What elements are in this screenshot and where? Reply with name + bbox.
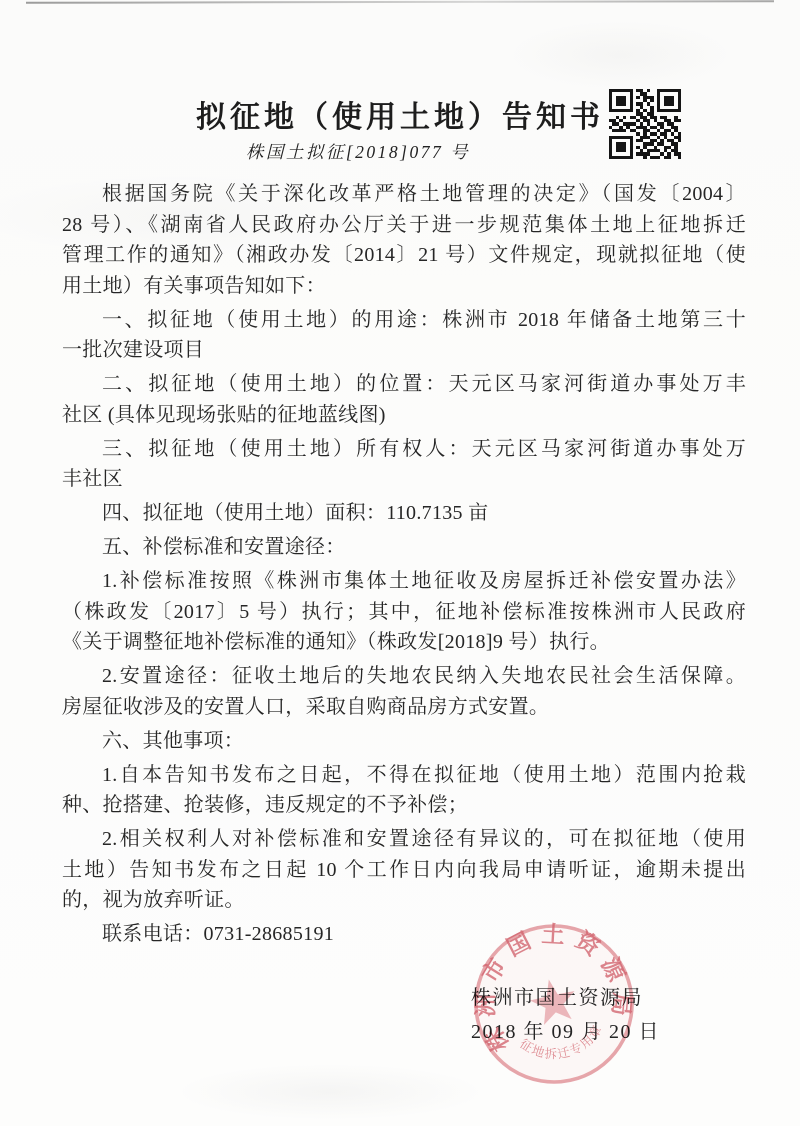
body-line: 六、其他事项： xyxy=(62,726,746,757)
signature-agency: 株洲市国土资源局 xyxy=(471,981,660,1015)
signature-date: 2018 年 09 月 20 日 xyxy=(471,1015,660,1049)
body-line: 社区 (具体见现场张贴的征地蓝线图) xyxy=(62,400,746,431)
body-line: 房屋征收涉及的安置人口，采取自购商品房方式安置。 xyxy=(62,692,746,723)
body-line: 的，视为放弃听证。 xyxy=(62,885,746,916)
body-line: 四、拟征地（使用土地）面积：110.7135 亩 xyxy=(62,498,746,529)
body-text: 根据国务院《关于深化改革严格土地管理的决定》（国发〔2004〕28 号）、《湖南… xyxy=(62,179,746,950)
body-line: 根据国务院《关于深化改革严格土地管理的决定》（国发〔2004〕 xyxy=(62,179,746,210)
scanned-notice-page: 拟征地（使用土地）告知书 株国土拟征[2018]077 号 根据国务院《关于深化… xyxy=(0,0,800,1126)
body-line: 1.自本告知书发布之日起，不得在拟征地（使用土地）范围内抢栽 xyxy=(62,760,746,791)
body-line: 《关于调整征地补偿标准的通知》（株政发[2018]9 号）执行。 xyxy=(62,627,746,658)
body-line: 28 号）、《湖南省人民政府办公厅关于进一步规范集体土地上征地拆迁 xyxy=(62,210,746,241)
body-line: 1.补偿标准按照《株洲市集体土地征收及房屋拆迁补偿安置办法》 xyxy=(62,566,746,597)
body-line: 2.安置途径：征收土地后的失地农民纳入失地农民社会生活保障。 xyxy=(62,661,746,692)
body-line: 一批次建设项目 xyxy=(62,335,746,366)
scan-artifact-top-line xyxy=(26,0,774,4)
body-line: 联系电话：0731-28685191 xyxy=(62,919,746,950)
body-line: 种、抢搭建、抢装修，违反规定的不予补偿； xyxy=(62,790,746,821)
body-line: 丰社区 xyxy=(62,464,746,495)
body-line: 用土地）有关事项告知如下： xyxy=(62,271,746,302)
body-line: 五、补偿标准和安置途径： xyxy=(62,532,746,563)
signature-block: 株洲市国土资源局 2018 年 09 月 20 日 xyxy=(471,981,660,1049)
body-line: 二、拟征地（使用土地）的位置：天元区马家河街道办事处万丰 xyxy=(62,369,746,400)
body-line: 2.相关权利人对补偿标准和安置途径有异议的，可在拟征地（使用 xyxy=(62,824,746,855)
body-line: （株政发〔2017〕5 号）执行；其中，征地补偿标准按株洲市人民政府 xyxy=(62,597,746,628)
body-line: 土地）告知书发布之日起 10 个工作日内向我局申请听证，逾期未提出 xyxy=(62,855,746,886)
body-line: 三、拟征地（使用土地）所有权人：天元区马家河街道办事处万 xyxy=(62,434,746,465)
body-line: 一、拟征地（使用土地）的用途：株洲市 2018 年储备土地第三十 xyxy=(62,305,746,336)
document-number: 株国土拟征[2018]077 号 xyxy=(0,139,758,164)
body-line: 管理工作的通知》（湘政办发〔2014〕21 号）文件规定，现就拟征地（使 xyxy=(62,240,746,271)
